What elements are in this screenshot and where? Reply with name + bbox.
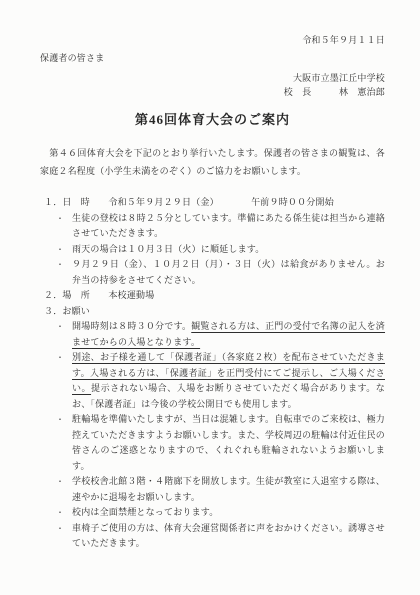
bullet-marker: ・ (56, 257, 72, 288)
sender-block: 大阪市立墨江丘中学校 校 長 林 憲治郎 (40, 71, 385, 100)
bullet-item-corridor-open: ・ 学校校舎北館３階・４階廊下を開放します。生徒が教室に入退室する際は、速やかに… (40, 474, 385, 505)
bullet-item-wheelchair: ・ 車椅子ご使用の方は、体育大会運営関係者に声をおかけください。誘導させていただ… (40, 521, 385, 552)
bullet-marker: ・ (56, 242, 72, 258)
bullet-text: 校内は全面禁煙となっております。 (72, 505, 385, 521)
principal-name: 校 長 林 憲治郎 (40, 85, 385, 100)
bullet-text: 別途、お子様を通して「保護者証」（各家庭２枚）を配布させていただきます。入場され… (72, 350, 385, 412)
bullet-item-rain-postpone: ・ 雨天の場合は１０月３日（火）に順延します。 (40, 242, 385, 258)
bullet-item-no-lunch: ・ ９月２９日（金）、１０月２日（月）・３日（火）は給食がありません。お弁当の持… (40, 257, 385, 288)
document-title: 第46回体育大会のご案内 (40, 111, 385, 128)
bullet-marker: ・ (56, 521, 72, 552)
document-page: 令和５年９月１１日 保護者の皆さま 大阪市立墨江丘中学校 校 長 林 憲治郎 第… (0, 0, 420, 595)
school-name: 大阪市立墨江丘中学校 (40, 71, 385, 85)
issue-date: 令和５年９月１１日 (40, 34, 385, 47)
bullet-marker: ・ (56, 505, 72, 521)
bullet-item-gate-open: ・ 開場時刻は８時３０分です。観覧される方は、正門の受付で名簿の記入を済ませてか… (40, 319, 385, 350)
bullet-text: 開場時刻は８時３０分です。観覧される方は、正門の受付で名簿の記入を済ませてからの… (72, 319, 385, 350)
body-list: １．日 時 令和５年９月２９日（金） 午前９時００分開始 ・ 生徒の登校は８時２… (40, 195, 385, 552)
section-datetime-heading: １．日 時 令和５年９月２９日（金） 午前９時００分開始 (44, 195, 385, 211)
bullet-marker: ・ (56, 412, 72, 474)
bullet-marker: ・ (56, 211, 72, 242)
bullet-marker: ・ (56, 319, 72, 350)
bullet-marker: ・ (56, 350, 72, 412)
intro-paragraph: 第４６回体育大会を下記のとおり挙行いたします。保護者の皆さまの観覧は、各家庭２名… (40, 145, 385, 180)
addressee: 保護者の皆さま (40, 52, 385, 65)
bullet-text: 駐輪場を準備いたしますが、当日は混雑します。自転車でのご来校は、極力控えていただ… (72, 412, 385, 474)
bullet-text: ９月２９日（金）、１０月２日（月）・３日（火）は給食がありません。お弁当の持参を… (72, 257, 385, 288)
bullet-item-student-arrival: ・ 生徒の登校は８時２５分としています。準備にあたる係生徒は担当から連絡させてい… (40, 211, 385, 242)
bullet-marker: ・ (56, 474, 72, 505)
bullet-text: 学校校舎北館３階・４階廊下を開放します。生徒が教室に入退室する際は、速やかに退場… (72, 474, 385, 505)
bullet-text: 車椅子ご使用の方は、体育大会運営関係者に声をおかけください。誘導させていただきま… (72, 521, 385, 552)
bullet-item-guardian-pass: ・ 別途、お子様を通して「保護者証」（各家庭２枚）を配布させていただきます。入場… (40, 350, 385, 412)
bullet-text: 生徒の登校は８時２５分としています。準備にあたる係生徒は担当から連絡させていただ… (72, 211, 385, 242)
bullet-item-bicycle-parking: ・ 駐輪場を準備いたしますが、当日は混雑します。自転車でのご来校は、極力控えてい… (40, 412, 385, 474)
section-requests-heading: ３．お願い (44, 304, 385, 320)
bullet-item-no-smoking: ・ 校内は全面禁煙となっております。 (40, 505, 385, 521)
section-place-heading: ２．場 所 本校運動場 (44, 288, 385, 304)
bullet-text: 雨天の場合は１０月３日（火）に順延します。 (72, 242, 385, 258)
